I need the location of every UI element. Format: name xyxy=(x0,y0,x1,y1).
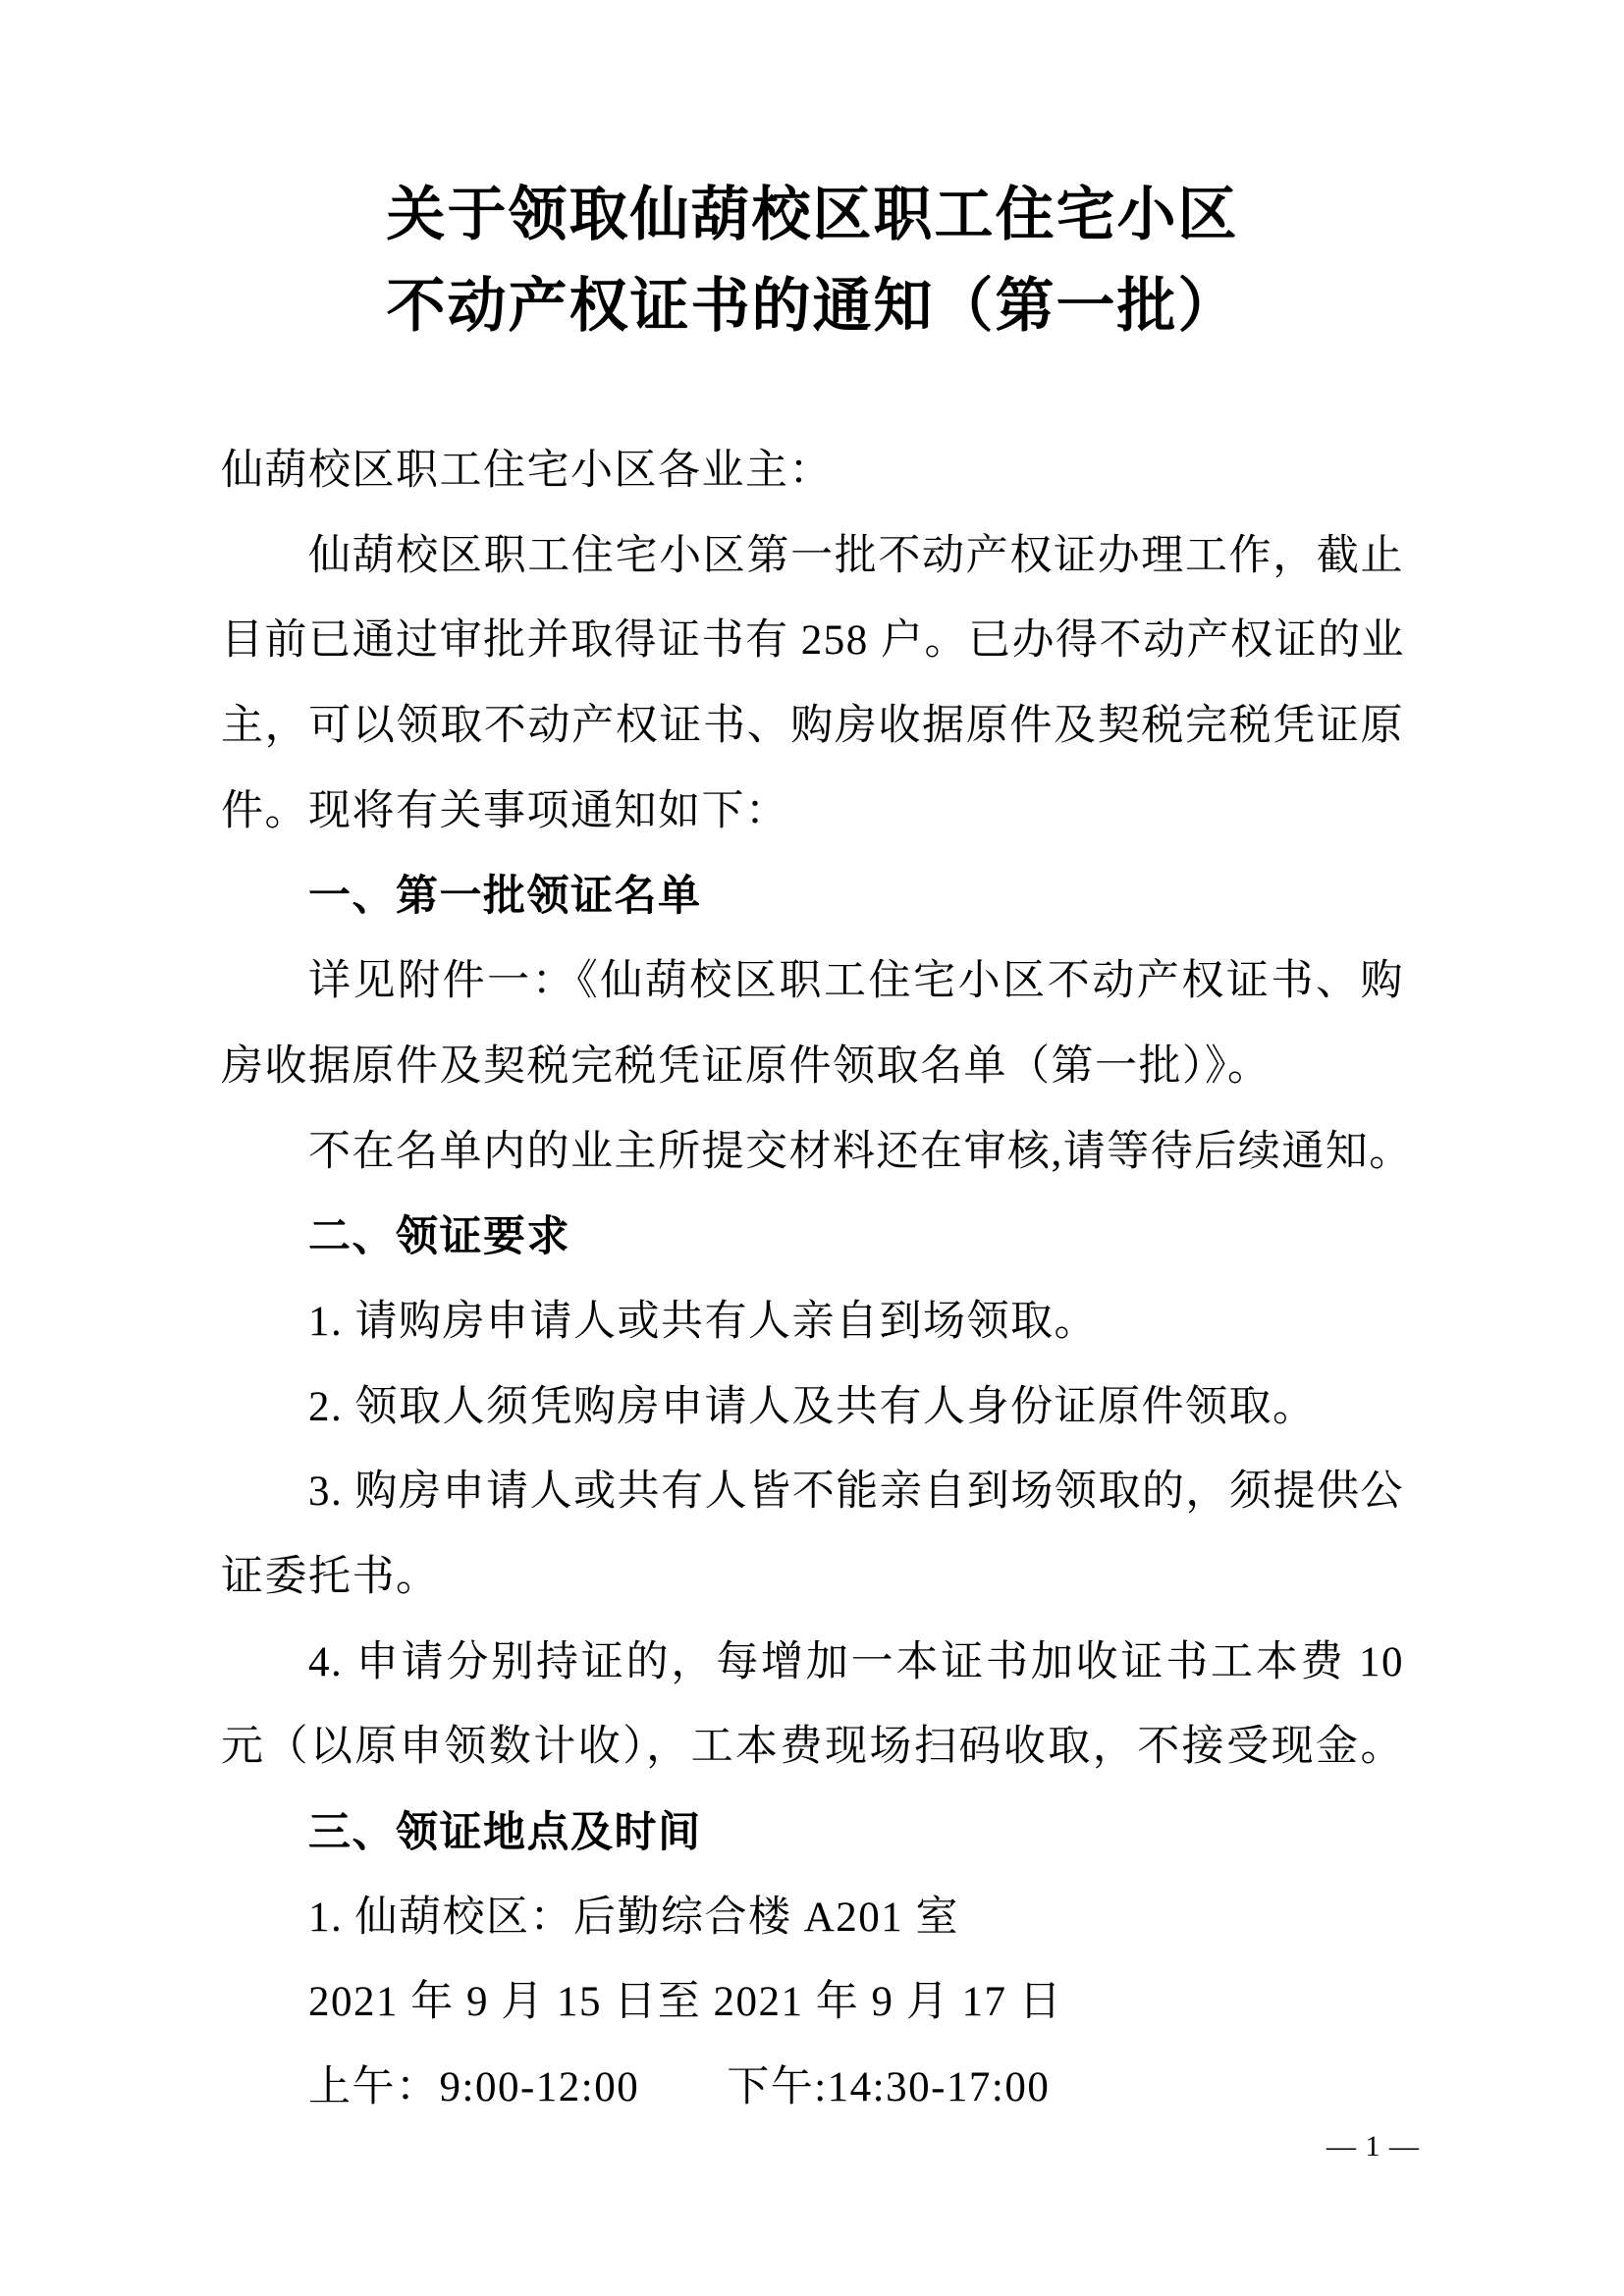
page-number: — 1 — xyxy=(1326,2124,1420,2169)
body-line: 主，可以领取不动产权证书、购房收据原件及契税完税凭证原 xyxy=(221,684,1404,770)
body-line: 1. 仙葫校区：后勤综合楼 A201 室 xyxy=(221,1876,1404,1961)
body-line: 4. 申请分别持证的，每增加一本证书加收证书工本费 10 xyxy=(221,1621,1404,1706)
body-line: 目前已通过审批并取得证书有 258 户。已办得不动产权证的业 xyxy=(221,599,1404,684)
body-line: 详见附件一：《仙葫校区职工住宅小区不动产权证书、购 xyxy=(221,939,1404,1025)
body-line: 上午：9:00-12:00 下午:14:30-17:00 xyxy=(221,2046,1404,2131)
document-page: 关于领取仙葫校区职工住宅小区 不动产权证书的通知（第一批） 仙葫校区职工住宅小区… xyxy=(0,0,1624,2296)
body-line: 房收据原件及契税完税凭证原件领取名单（第一批）》。 xyxy=(221,1025,1404,1110)
section-heading: 二、领证要求 xyxy=(221,1195,1404,1280)
body-line: 件。现将有关事项通知如下： xyxy=(221,770,1404,855)
section-heading: 三、领证地点及时间 xyxy=(221,1790,1404,1876)
body-line: 元（以原申领数计收），工本费现场扫码收取，不接受现金。 xyxy=(221,1705,1404,1790)
body-line: 1. 请购房申请人或共有人亲自到场领取。 xyxy=(221,1280,1404,1365)
body-line: 不在名单内的业主所提交材料还在审核,请等待后续通知。 xyxy=(221,1110,1404,1196)
body-line: 3. 购房申请人或共有人皆不能亲自到场领取的，须提供公 xyxy=(221,1450,1404,1535)
document-body: 仙葫校区职工住宅小区各业主：仙葫校区职工住宅小区第一批不动产权证办理工作，截止目… xyxy=(221,429,1404,2131)
title-line-2: 不动产权证书的通知（第一批） xyxy=(221,260,1404,351)
title-line-1: 关于领取仙葫校区职工住宅小区 xyxy=(221,169,1404,260)
document-title: 关于领取仙葫校区职工住宅小区 不动产权证书的通知（第一批） xyxy=(221,169,1404,351)
body-line: 2. 领取人须凭购房申请人及共有人身份证原件领取。 xyxy=(221,1365,1404,1451)
body-line: 证委托书。 xyxy=(221,1535,1404,1621)
section-heading: 一、第一批领证名单 xyxy=(221,854,1404,939)
body-line: 仙葫校区职工住宅小区各业主： xyxy=(221,429,1404,514)
body-line: 2021 年 9 月 15 日至 2021 年 9 月 17 日 xyxy=(221,1960,1404,2046)
body-line: 仙葫校区职工住宅小区第一批不动产权证办理工作，截止 xyxy=(221,514,1404,600)
